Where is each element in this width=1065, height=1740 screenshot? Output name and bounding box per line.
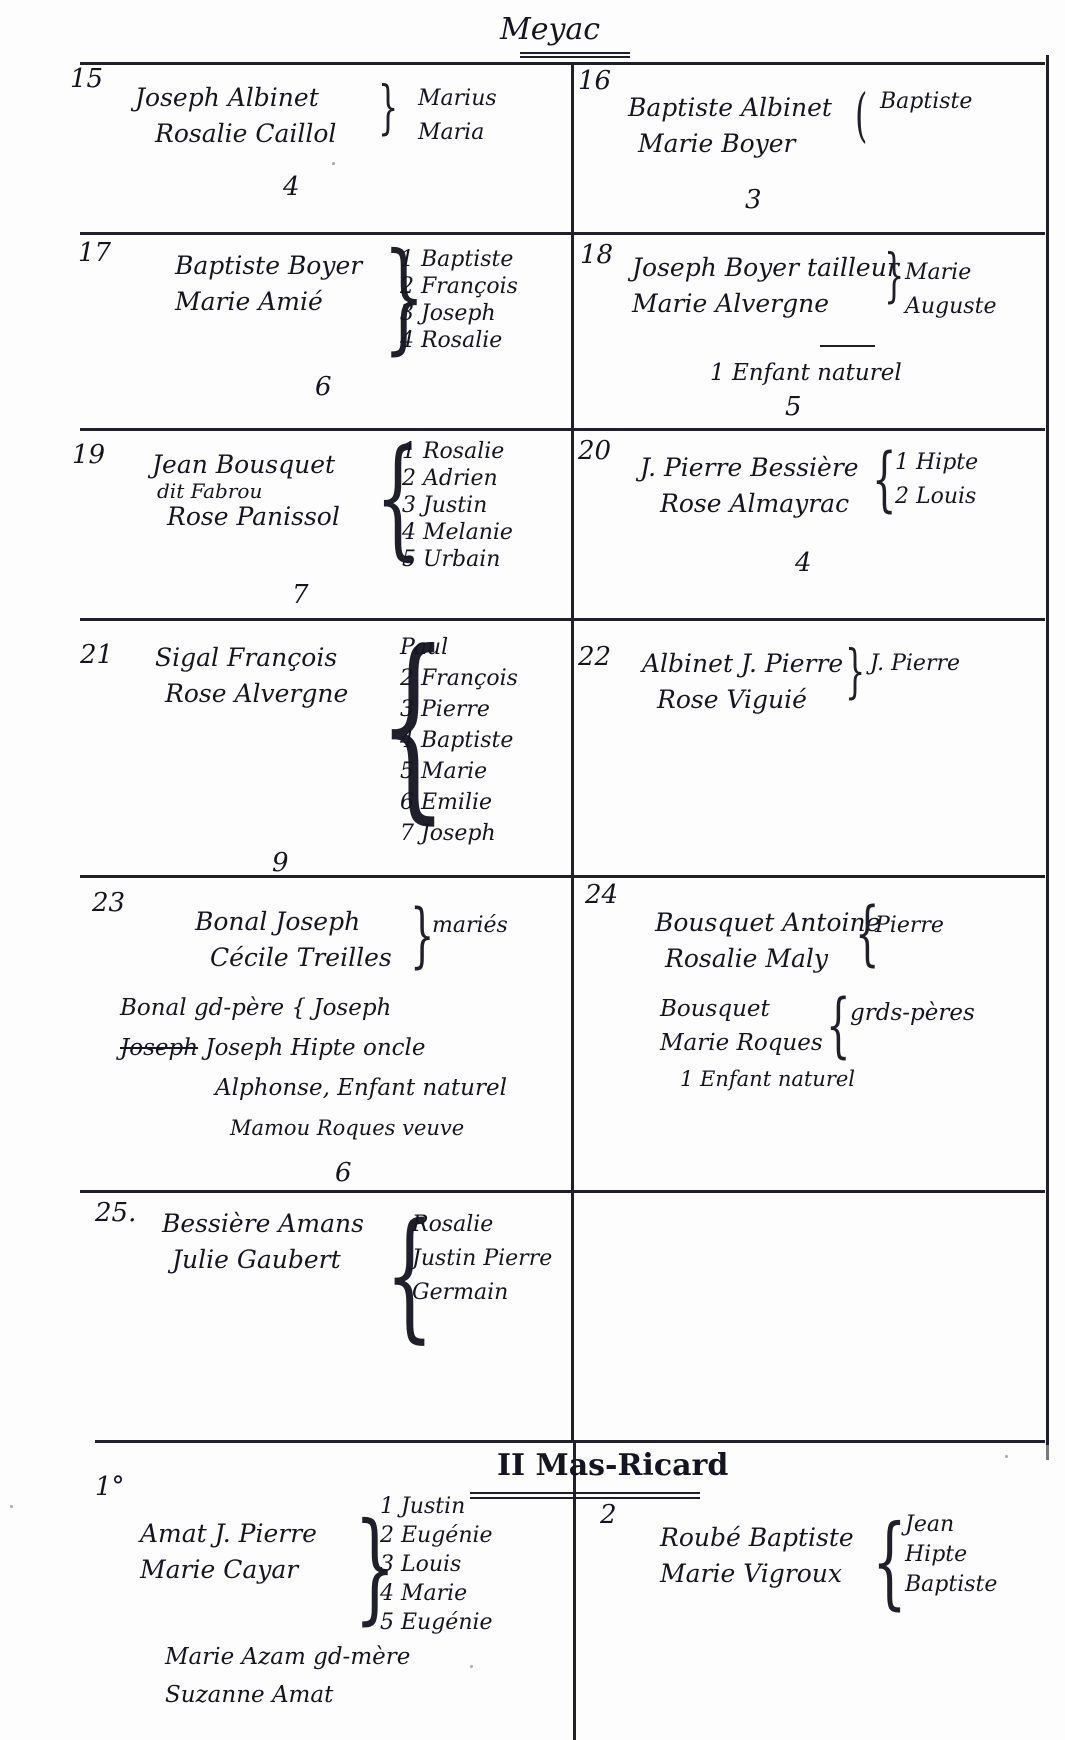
parent-alias: dit Fabrou [157, 478, 340, 504]
brace: } [378, 78, 398, 136]
child-name: Justin Pierre [412, 1242, 552, 1276]
brace: ( [855, 86, 867, 144]
brace: } [884, 246, 904, 304]
household-count: 4 [283, 172, 300, 202]
household-number: 16 [578, 66, 611, 96]
parent-name: Marie Amié [175, 284, 362, 320]
household-note: grds-pères [850, 996, 975, 1030]
household-parents: Jean Bousquet dit Fabrou Rose Panissol [152, 452, 340, 530]
household-number: 18 [580, 240, 613, 270]
child-name: Germain [412, 1276, 552, 1310]
household-number: 23 [92, 888, 125, 918]
parent-name: Marie Vigroux [660, 1556, 854, 1592]
parent-name: Albinet J. Pierre [642, 646, 843, 682]
household-number: 17 [78, 238, 111, 268]
child-name: Pierre [875, 912, 944, 939]
note-line: Mamou Roques veuve [230, 1108, 507, 1148]
column-divider [573, 1440, 576, 1740]
household-number: 2 [600, 1500, 617, 1530]
children-list: Baptiste [880, 88, 972, 115]
child-name: 2 Eugénie [380, 1521, 493, 1550]
note-line: Marie Azam gd-mère [165, 1638, 410, 1676]
parent-name: Marie Cayar [140, 1552, 317, 1588]
section-underline [470, 1492, 700, 1494]
paper-speck [470, 1665, 473, 1668]
right-border [1046, 1440, 1049, 1460]
household-note: 1 Enfant naturel [710, 356, 902, 390]
parent-name: Amat J. Pierre [140, 1516, 317, 1552]
child-name: Marie [905, 256, 996, 290]
children-list: 1 Rosalie 2 Adrien 3 Justin 4 Melanie 5 … [402, 438, 513, 573]
household-parents: Joseph Albinet Rosalie Caillol [135, 80, 336, 152]
grid-line [80, 618, 1045, 621]
household-note: 1 Enfant naturel [680, 1062, 855, 1096]
children-list: 1 Justin 2 Eugénie 3 Louis 4 Marie 5 Eug… [380, 1492, 493, 1637]
household-notes: Bonal gd-père { Joseph Joseph Joseph Hip… [120, 988, 507, 1148]
parent-name: Rose Alvergne [165, 676, 348, 712]
parent-name: Joseph Albinet [135, 80, 336, 116]
grid-line [80, 62, 1045, 65]
household-number: 20 [578, 436, 611, 466]
children-list: 1 Baptiste 2 François 3 Joseph 4 Rosalie [400, 246, 518, 354]
note-line: Marie Roques [660, 1026, 823, 1060]
child-name: 1 Hipte [895, 446, 978, 480]
household-parents: Albinet J. Pierre Rose Viguié [642, 646, 843, 718]
child-name: Paul [400, 632, 518, 663]
brace: { [872, 1512, 907, 1612]
child-name: Jean [905, 1510, 997, 1540]
household-notes: Bousquet Marie Roques [660, 992, 823, 1060]
children-list: Marius Maria [418, 82, 497, 150]
child-name: 4 Melanie [402, 519, 513, 546]
child-name: 4 Rosalie [400, 327, 518, 354]
household-number: 1° [95, 1472, 125, 1502]
household-notes: Marie Azam gd-mère Suzanne Amat [165, 1638, 410, 1714]
child-name: Auguste [905, 290, 996, 324]
household-count: 6 [315, 372, 332, 402]
marital-status: mariés [432, 912, 508, 939]
child-name: 2 François [400, 663, 518, 694]
household-count: 9 [272, 848, 289, 878]
child-name: 3 Justin [402, 492, 513, 519]
children-list: Rosalie Justin Pierre Germain [412, 1208, 552, 1310]
parent-name: Bessière Amans [162, 1206, 364, 1242]
child-name: Hipte [905, 1540, 997, 1570]
parent-name: Sigal François [155, 640, 348, 676]
parent-name: Rosalie Caillol [155, 116, 336, 152]
household-parents: Bessière Amans Julie Gaubert [162, 1206, 364, 1278]
child-name: Baptiste [880, 88, 972, 115]
household-count: 4 [795, 548, 812, 578]
grid-line [95, 1440, 1045, 1443]
parent-name: Marie Boyer [638, 126, 832, 162]
note-line: Joseph Joseph Hipte oncle [120, 1028, 507, 1068]
brace: } [410, 900, 435, 970]
household-parents: Roubé Baptiste Marie Vigroux [660, 1520, 854, 1592]
household-parents: Joseph Boyer tailleur Marie Alvergne [632, 250, 899, 322]
household-count: 5 [785, 392, 802, 422]
child-name: 7 Joseph [400, 818, 518, 849]
grid-line [80, 1190, 1045, 1193]
parent-name: Rose Viguié [657, 682, 843, 718]
parent-name: Jean Bousquet [152, 452, 340, 478]
child-name: Marius [418, 82, 497, 116]
household-number: 22 [578, 642, 611, 672]
children-list: Jean Hipte Baptiste [905, 1510, 997, 1600]
parent-name: Cécile Treilles [210, 940, 392, 976]
children-list: Pierre [875, 912, 944, 939]
child-name: 1 Rosalie [402, 438, 513, 465]
census-register-page: Meyac 15 Joseph Albinet Rosalie Caillol … [0, 0, 1065, 1740]
right-border [1046, 55, 1049, 1445]
household-parents: Bousquet Antoine Rosalie Maly [655, 905, 880, 977]
brace: } [845, 642, 865, 700]
paper-speck [10, 1505, 13, 1508]
household-number: 24 [585, 880, 618, 910]
household-count: 6 [335, 1158, 352, 1188]
separator-dash [820, 345, 875, 347]
child-name: 1 Justin [380, 1492, 493, 1521]
page-title: Meyac [500, 12, 600, 47]
children-list: Marie Auguste [905, 256, 996, 324]
grid-line [80, 232, 1045, 235]
children-list: J. Pierre [870, 650, 960, 677]
household-count: 7 [292, 580, 309, 610]
parent-name: Baptiste Albinet [628, 90, 832, 126]
child-name: 5 Eugénie [380, 1608, 493, 1637]
title-underline [520, 52, 630, 54]
title-underline [520, 56, 630, 58]
household-parents: Baptiste Boyer Marie Amié [175, 248, 362, 320]
child-name: 2 Louis [895, 480, 978, 514]
parent-name: Julie Gaubert [172, 1242, 364, 1278]
child-name: 4 Baptiste [400, 725, 518, 756]
struck-text: Joseph [120, 1035, 198, 1061]
household-number: 19 [72, 440, 105, 470]
parent-name: Roubé Baptiste [660, 1520, 854, 1556]
parent-name: Bonal Joseph [195, 904, 392, 940]
brace: { [826, 990, 851, 1060]
child-name: Baptiste [905, 1570, 997, 1600]
parent-name: J. Pierre Bessière [640, 450, 859, 486]
child-name: 3 Pierre [400, 694, 518, 725]
household-number: 15 [70, 64, 103, 94]
child-name: 4 Marie [380, 1579, 493, 1608]
child-name: 5 Urbain [402, 546, 513, 573]
household-count: 3 [745, 185, 762, 215]
child-name: 2 Adrien [402, 465, 513, 492]
note-line: Bonal gd-père { Joseph [120, 988, 507, 1028]
paper-speck [332, 162, 335, 165]
child-name: Rosalie [412, 1208, 552, 1242]
grid-line [80, 428, 1045, 431]
paper-speck [1005, 1455, 1008, 1458]
household-number: 21 [80, 640, 113, 670]
parent-name: Rose Panissol [167, 504, 340, 530]
note-text: Joseph Hipte oncle [205, 1035, 425, 1061]
parent-name: Bousquet Antoine [655, 905, 880, 941]
section-heading: II Mas-Ricard [497, 1448, 728, 1483]
children-list: 1 Hipte 2 Louis [895, 446, 978, 514]
household-parents: Bonal Joseph Cécile Treilles [195, 904, 392, 976]
child-name: J. Pierre [870, 650, 960, 677]
note-line: Alphonse, Enfant naturel [215, 1068, 507, 1108]
child-name: 5 Marie [400, 756, 518, 787]
note-line: Bousquet [660, 992, 823, 1026]
children-list: mariés [432, 912, 508, 939]
household-parents: Baptiste Albinet Marie Boyer [628, 90, 832, 162]
child-name: Maria [418, 116, 497, 150]
household-parents: Amat J. Pierre Marie Cayar [140, 1516, 317, 1588]
child-name: 1 Baptiste [400, 246, 518, 273]
household-number: 25. [95, 1198, 136, 1228]
household-parents: J. Pierre Bessière Rose Almayrac [640, 450, 859, 522]
child-name: 6 Emilie [400, 787, 518, 818]
parent-name: Rosalie Maly [665, 941, 880, 977]
parent-name: Baptiste Boyer [175, 248, 362, 284]
child-name: 2 François [400, 273, 518, 300]
column-divider [571, 62, 574, 1442]
child-name: 3 Joseph [400, 300, 518, 327]
parent-name: Rose Almayrac [660, 486, 859, 522]
grid-line [80, 875, 1045, 878]
children-list: Paul 2 François 3 Pierre 4 Baptiste 5 Ma… [400, 632, 518, 849]
parent-name: Joseph Boyer tailleur [632, 250, 899, 286]
parent-name: Marie Alvergne [632, 286, 899, 322]
child-name: 3 Louis [380, 1550, 493, 1579]
household-parents: Sigal François Rose Alvergne [155, 640, 348, 712]
brace: { [872, 444, 897, 514]
note-line: Suzanne Amat [165, 1676, 410, 1714]
section-underline [470, 1497, 700, 1499]
